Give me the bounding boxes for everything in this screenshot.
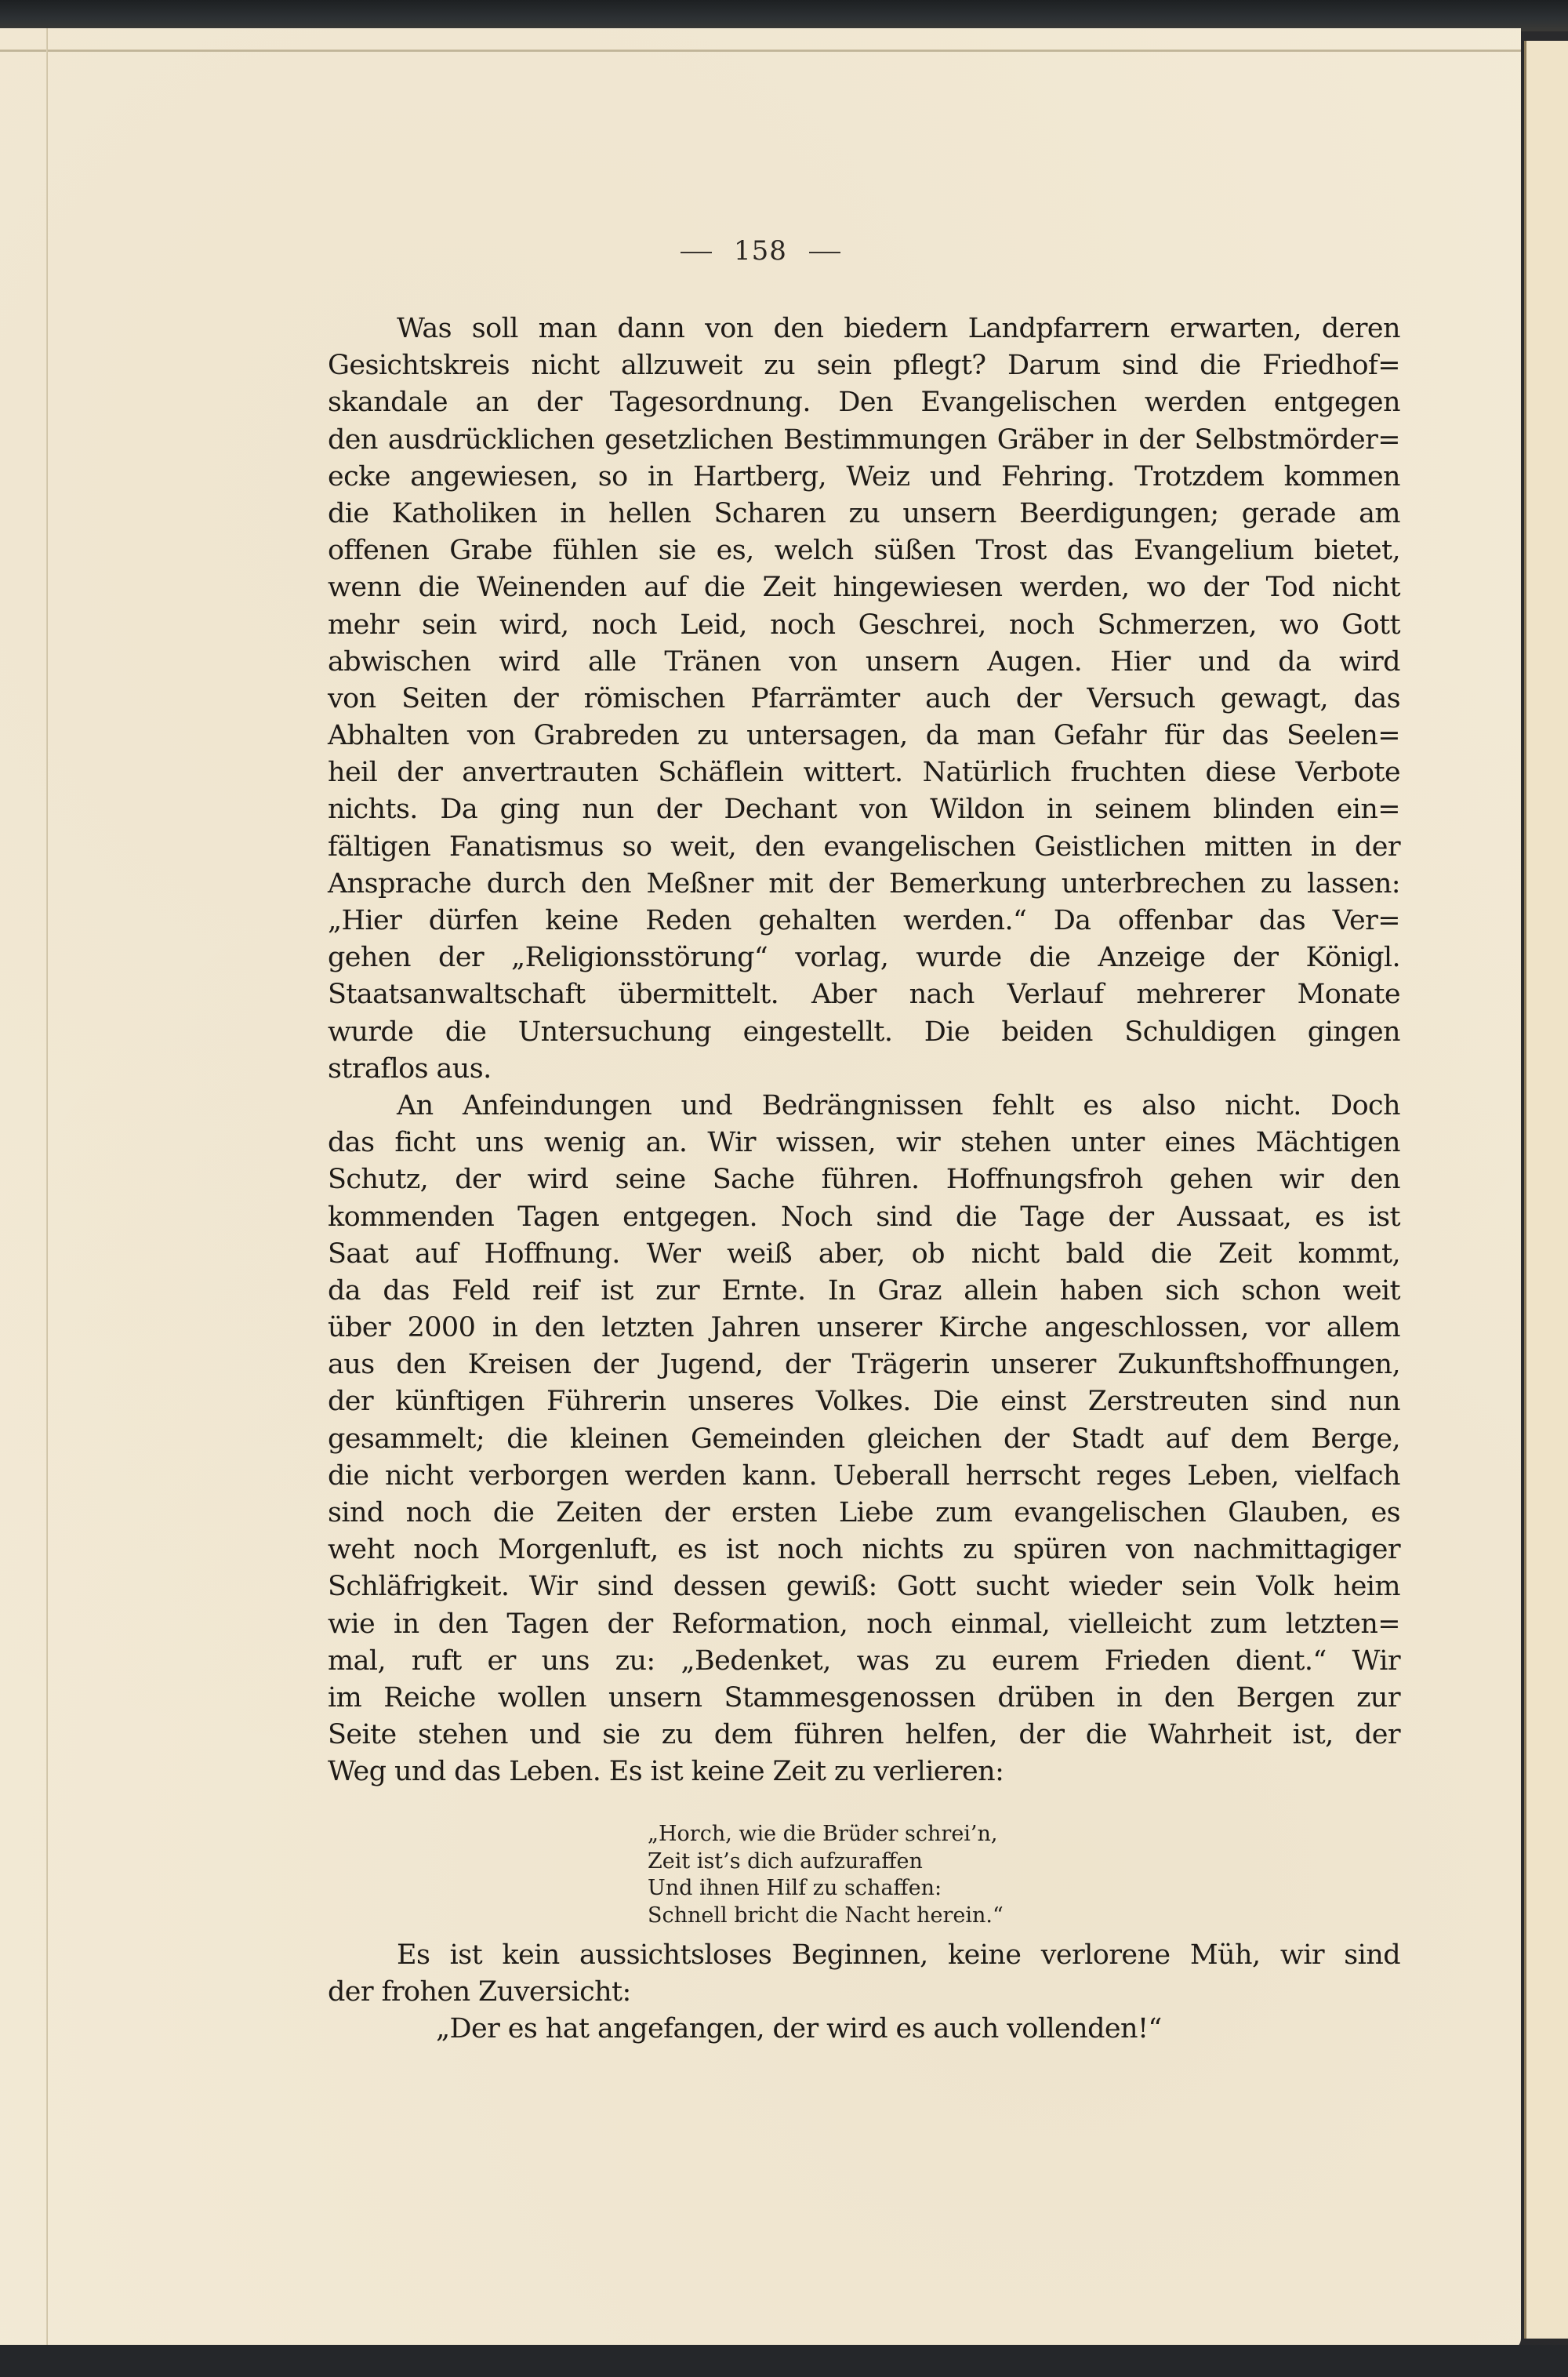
text-line: im Reiche wollen unsern Stammesgenossen …	[328, 1680, 1400, 1717]
text-line: gesammelt; die kleinen Gemeinden gleiche…	[328, 1421, 1400, 1458]
book-binding-top	[0, 0, 1568, 31]
text-line: Schutz, der wird seine Sache führen. Hof…	[328, 1161, 1400, 1198]
paragraph-1: Was soll man dann von den biedern Landpf…	[328, 311, 1400, 1088]
page-stack-left-edge	[0, 28, 48, 2350]
book-binding-bottom	[0, 2345, 1568, 2377]
page-number-dash-left	[681, 252, 712, 253]
text-line: der künftigen Führerin unseres Volkes. D…	[328, 1383, 1400, 1420]
text-line: An Anfeindungen und Bedrängnissen fehlt …	[328, 1088, 1400, 1125]
text-line: nichts. Da ging nun der Dechant von Wild…	[328, 791, 1400, 828]
page-number-dash-right	[809, 252, 840, 253]
text-line: weht noch Morgenluft, es ist noch nichts…	[328, 1532, 1400, 1568]
text-line: straflos aus.	[328, 1051, 1400, 1088]
text-line: offenen Grabe fühlen sie es, welch süßen…	[328, 532, 1400, 569]
text-line: abwischen wird alle Tränen von unsern Au…	[328, 644, 1400, 681]
text-line: Staatsanwaltschaft übermittelt. Aber nac…	[328, 976, 1400, 1013]
text-line: den ausdrücklichen gesetzlichen Bestimmu…	[328, 422, 1400, 459]
text-line: sind noch die Zeiten der ersten Liebe zu…	[328, 1495, 1400, 1532]
verse-line: Schnell bricht die Nacht herein.“	[648, 1903, 1004, 1930]
text-line: Was soll man dann von den biedern Landpf…	[328, 311, 1400, 347]
adjacent-page-edge	[1524, 41, 1568, 2339]
text-line: die Katholiken in hellen Scharen zu unse…	[328, 496, 1400, 532]
text-line: wurde die Untersuchung eingestellt. Die …	[328, 1014, 1400, 1051]
text-line: Abhalten von Grabreden zu untersagen, da…	[328, 718, 1400, 754]
text-line: skandale an der Tagesordnung. Den Evange…	[328, 384, 1400, 421]
verse-line: Zeit ist’s dich aufzuraffen	[648, 1848, 1004, 1876]
text-line: der frohen Zuversicht:	[328, 1974, 1400, 2011]
text-line: heil der anvertrauten Schäflein wittert.…	[328, 754, 1400, 791]
verse-line: Und ihnen Hilf zu schaffen:	[648, 1875, 1004, 1903]
page-number-value: 158	[734, 235, 787, 267]
text-line: kommenden Tagen entgegen. Noch sind die …	[328, 1199, 1400, 1236]
text-line: wenn die Weinenden auf die Zeit hingewie…	[328, 569, 1400, 606]
text-line: über 2000 in den letzten Jahren unserer …	[328, 1310, 1400, 1347]
verse-line: „Horch, wie die Brüder schrei’n,	[648, 1821, 1004, 1848]
page-number: 158	[0, 235, 1521, 267]
text-line: wie in den Tagen der Reformation, noch e…	[328, 1606, 1400, 1643]
text-line: Schläfrigkeit. Wir sind dessen gewiß: Go…	[328, 1568, 1400, 1605]
closing-quote: „Der es hat angefangen, der wird es auch…	[328, 2011, 1400, 2048]
text-line: fältigen Fanatismus so weit, den evangel…	[328, 829, 1400, 866]
text-line: aus den Kreisen der Jugend, der Trägerin…	[328, 1347, 1400, 1383]
text-line: ecke angewiesen, so in Hartberg, Weiz un…	[328, 459, 1400, 496]
text-line: die nicht verborgen werden kann. Ueberal…	[328, 1458, 1400, 1495]
text-line: mehr sein wird, noch Leid, noch Geschrei…	[328, 607, 1400, 644]
page-stack-top-edge	[0, 28, 1521, 52]
text-line: Gesichtskreis nicht allzuweit zu sein pf…	[328, 347, 1400, 384]
text-line: gehen der „Religionsstörung“ vorlag, wur…	[328, 940, 1400, 976]
text-line: da das Feld reif ist zur Ernte. In Graz …	[328, 1273, 1400, 1310]
text-line: „Hier dürfen keine Reden gehalten werden…	[328, 903, 1400, 940]
text-line: Ansprache durch den Meßner mit der Bemer…	[328, 866, 1400, 903]
text-line: Es ist kein aussichtsloses Beginnen, kei…	[328, 1937, 1400, 1974]
closing-paragraph: Es ist kein aussichtsloses Beginnen, kei…	[328, 1937, 1400, 2048]
body-text: Was soll man dann von den biedern Landpf…	[328, 311, 1400, 1791]
text-line: Saat auf Hoffnung. Wer weiß aber, ob nic…	[328, 1236, 1400, 1273]
verse-quote: „Horch, wie die Brüder schrei’n, Zeit is…	[648, 1821, 1004, 1929]
text-line: von Seiten der römischen Pfarrämter auch…	[328, 681, 1400, 718]
text-line: das ficht uns wenig an. Wir wissen, wir …	[328, 1125, 1400, 1161]
paragraph-2: An Anfeindungen und Bedrängnissen fehlt …	[328, 1088, 1400, 1791]
text-line: Weg und das Leben. Es ist keine Zeit zu …	[328, 1754, 1400, 1790]
text-line: Seite stehen und sie zu dem führen helfe…	[328, 1717, 1400, 1754]
text-line: mal, ruft er uns zu: „Bedenket, was zu e…	[328, 1643, 1400, 1680]
